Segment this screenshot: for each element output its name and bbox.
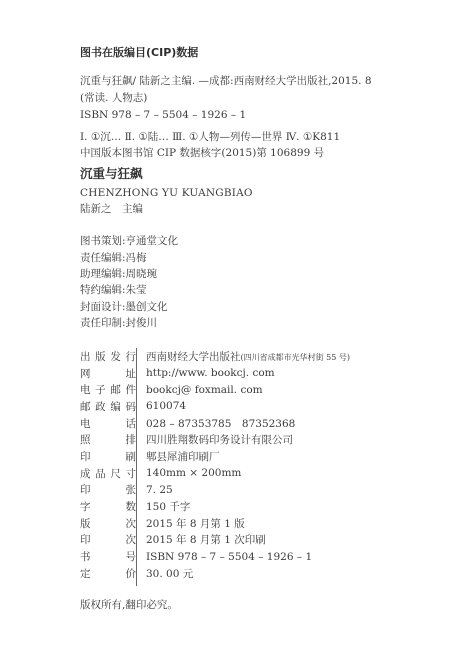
info-value: 140mm × 200mm xyxy=(136,467,241,479)
staff-planning: 图书策划:亨通堂文化 xyxy=(80,234,178,248)
info-label: 印张 xyxy=(80,482,136,497)
info-label: 电话 xyxy=(80,416,136,431)
cip-heading: 图书在版编目(CIP)数据 xyxy=(80,46,198,60)
info-row-publisher: 出版发行 西南财经大学出版社(四川省成都市光华村街 55 号) xyxy=(80,348,350,365)
info-label: 印刷 xyxy=(80,449,136,464)
info-label: 出版发行 xyxy=(80,349,136,364)
cip-line-2: (常读. 人物志) xyxy=(80,91,147,105)
staff-editor: 责任编辑:冯梅 xyxy=(80,251,147,265)
staff-print-manager: 责任印制:封俊川 xyxy=(80,316,157,330)
info-row-sheets: 印张 7. 25 xyxy=(80,482,350,499)
info-label: 书号 xyxy=(80,549,136,564)
book-editor: 陆新之 主编 xyxy=(80,202,143,216)
info-row-printer: 印刷 郫县犀浦印刷厂 xyxy=(80,448,350,465)
publication-info-table: 出版发行 西南财经大学出版社(四川省成都市光华村街 55 号) 网址 http:… xyxy=(80,348,350,582)
book-pinyin: CHENZHONG YU KUANGBIAO xyxy=(80,186,253,200)
info-row-edition: 版次 2015 年 8 月第 1 版 xyxy=(80,515,350,532)
info-row-phone: 电话 028 – 87353785 87352368 xyxy=(80,415,350,432)
book-title: 沉重与狂飙 xyxy=(80,167,143,181)
info-label: 成品尺寸 xyxy=(80,466,136,481)
info-value: 郫县犀浦印刷厂 xyxy=(136,449,220,464)
info-label: 字数 xyxy=(80,499,136,514)
website-link[interactable]: http://www. bookcj. com xyxy=(136,367,275,379)
info-value: 7. 25 xyxy=(136,484,173,496)
info-label: 定价 xyxy=(80,566,136,581)
info-label: 版次 xyxy=(80,516,136,531)
info-row-printing: 印次 2015 年 8 月第 1 次印刷 xyxy=(80,532,350,549)
cip-isbn: ISBN 978 – 7 – 5504 – 1926 – 1 xyxy=(80,108,246,122)
cip-number: 中国版本图书馆 CIP 数据核字(2015)第 106899 号 xyxy=(80,146,324,160)
info-value: 西南财经大学出版社(四川省成都市光华村街 55 号) xyxy=(136,349,350,364)
info-label: 印次 xyxy=(80,532,136,547)
info-row-word-count: 字数 150 千字 xyxy=(80,498,350,515)
info-row-isbn: 书号 ISBN 978 – 7 – 5504 – 1926 – 1 xyxy=(80,548,350,565)
info-value: 150 千字 xyxy=(136,499,190,514)
staff-special-editor: 特约编辑:朱莹 xyxy=(80,283,147,297)
info-row-price: 定价 30. 00 元 xyxy=(80,565,350,582)
cip-line-1: 沉重与狂飙/ 陆新之主编. —成都:西南财经大学出版社,2015. 8 xyxy=(80,74,372,88)
info-row-typesetting: 照排 四川胜翔数码印务设计有限公司 xyxy=(80,431,350,448)
info-value: 2015 年 8 月第 1 版 xyxy=(136,516,245,531)
info-value: ISBN 978 – 7 – 5504 – 1926 – 1 xyxy=(136,551,312,563)
info-value: 30. 00 元 xyxy=(136,566,193,581)
info-row-size: 成品尺寸 140mm × 200mm xyxy=(80,465,350,482)
info-label: 网址 xyxy=(80,366,136,381)
cip-classification: Ⅰ. ①沉… Ⅱ. ①陆… Ⅲ. ①人物—列传—世界 Ⅳ. ①K811 xyxy=(80,130,340,144)
email-link[interactable]: bookcj@ foxmail. com xyxy=(136,384,263,396)
publisher-address: (四川省成都市光华村街 55 号) xyxy=(241,353,351,362)
staff-cover-design: 封面设计:墨创文化 xyxy=(80,300,168,314)
info-label: 电子邮件 xyxy=(80,382,136,397)
info-value: 028 – 87353785 87352368 xyxy=(136,416,295,431)
info-label: 邮政编码 xyxy=(80,399,136,414)
info-row-postcode: 邮政编码 610074 xyxy=(80,398,350,415)
info-value: 四川胜翔数码印务设计有限公司 xyxy=(136,432,293,447)
info-row-website: 网址 http://www. bookcj. com xyxy=(80,365,350,382)
info-value: 610074 xyxy=(136,400,186,412)
info-label: 照排 xyxy=(80,432,136,447)
info-value: 2015 年 8 月第 1 次印刷 xyxy=(136,532,266,547)
column-divider xyxy=(136,348,137,586)
info-row-email: 电子邮件 bookcj@ foxmail. com xyxy=(80,381,350,398)
staff-assistant-editor: 助理编辑:周晓琬 xyxy=(80,267,157,281)
copyright-notice: 版权所有,翻印必究。 xyxy=(80,598,178,612)
